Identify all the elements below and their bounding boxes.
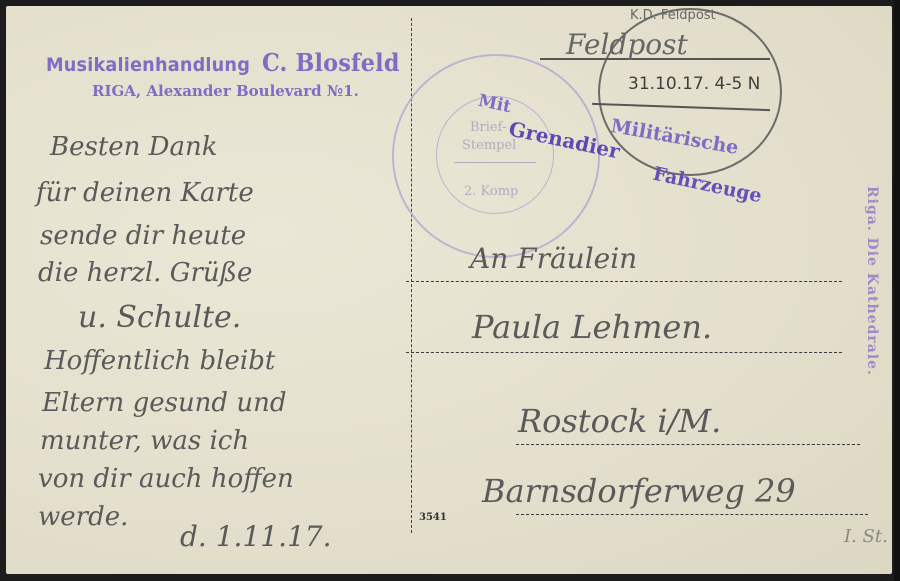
message-line-3: sende dir heute [40,221,246,251]
recipient-name: Paula Lehmen. [472,308,712,346]
message-line-6: Hoffentlich bleibt [44,346,275,376]
recipient-note: I. St. [844,526,888,547]
unit-stamp: Brief- Stempel 2. Komp [392,54,600,258]
recipient-salutation: An Fräulein [470,242,637,275]
address-rule-1 [406,281,842,282]
scan-border [894,0,900,581]
sender-owner: C. Blosfeld [262,48,400,77]
address-rule-3 [516,444,860,445]
message-line-2: für deinen Karte [36,178,254,208]
postmark-date: 31.10.17. 4-5 N [628,74,760,94]
address-rule-2 [406,352,842,353]
message-line-8: munter, was ich [40,426,249,456]
message-line-4: die herzl. Grüße [38,258,252,288]
handwritten-feldpost: Feldpost [566,28,688,61]
message-line-5: u. Schulte. [78,300,241,335]
recipient-street: Barnsdorferweg 29 [482,472,796,510]
card-number: 3541 [419,512,447,523]
message-date: d. 1.11.17. [180,520,332,553]
message-line-9: von dir auch hoffen [38,464,294,494]
unit-stamp-rule [454,162,536,163]
postmark-top-text: K.D. Feldpost [630,8,716,23]
postcard-back: Musikalienhandlung C. Blosfeld RIGA, Ale… [6,6,892,574]
address-rule-4 [516,514,868,515]
sender-business: Musikalienhandlung [46,54,250,76]
postmark-bar-bottom [592,103,770,111]
sender-stamp-address: RIGA, Alexander Boulevard №1. [92,82,359,100]
recipient-city: Rostock i/M. [518,402,721,440]
message-line-10: werde. [38,502,128,532]
sender-stamp-name: Musikalienhandlung C. Blosfeld [46,48,400,77]
message-line-1: Besten Dank [50,132,218,162]
unit-stamp-inner-line1: Brief- [470,120,506,135]
message-line-7: Eltern gesund und [42,388,286,418]
unit-stamp-company: 2. Komp [464,184,518,199]
picture-caption: Riga. Die Kathedrale. [864,186,880,376]
